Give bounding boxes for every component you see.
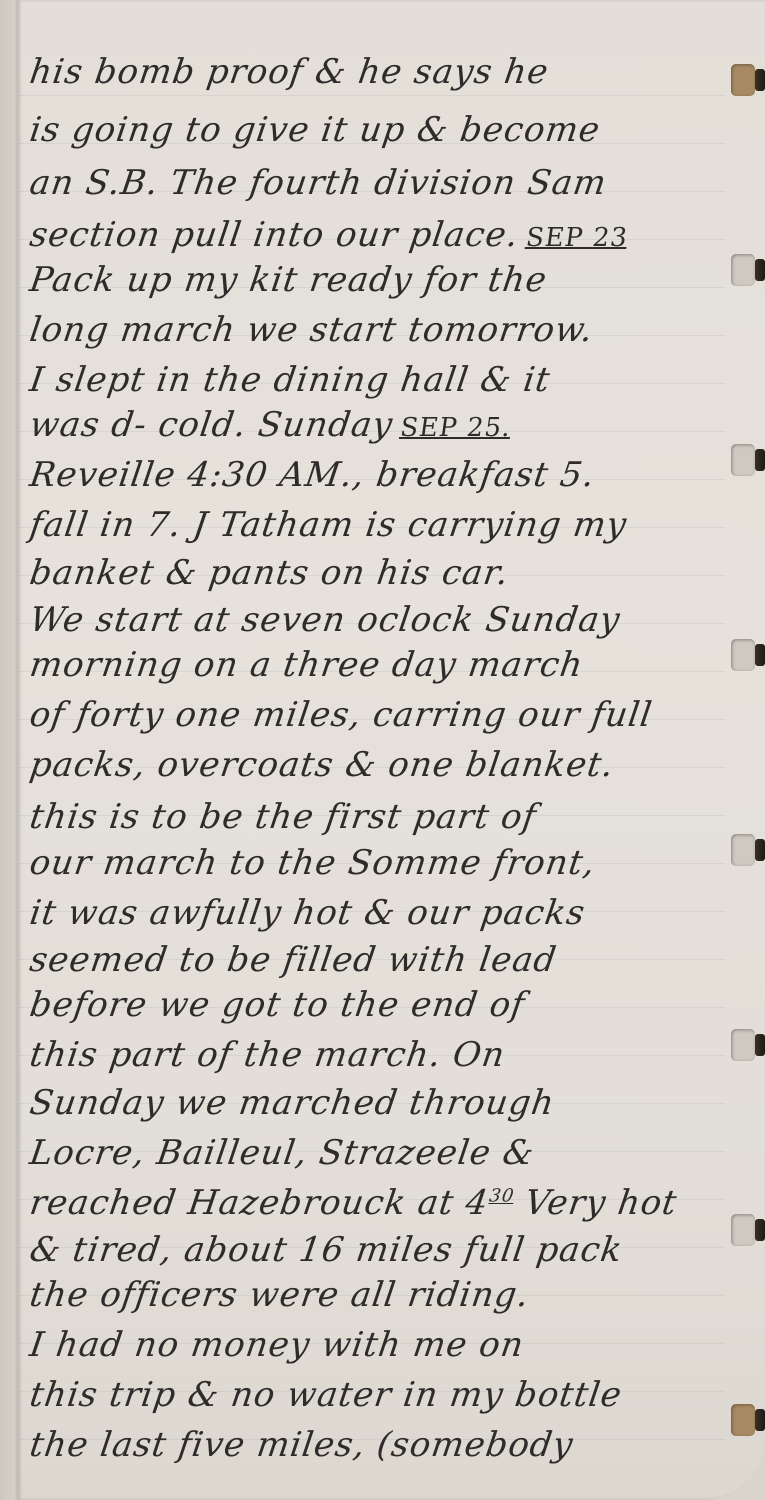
handwritten-line: the officers were all riding. bbox=[27, 1275, 532, 1315]
handwritten-line: Locre, Bailleul, Strazeele & bbox=[27, 1133, 537, 1173]
line-text: it was awfully hot & our packs bbox=[27, 893, 588, 933]
line-text: Pack up my kit ready for the bbox=[27, 260, 550, 300]
binder-ring-icon bbox=[755, 1034, 765, 1056]
binder-ring-icon bbox=[755, 69, 765, 91]
binder-ring-icon bbox=[755, 259, 765, 281]
line-text: section pull into our place. bbox=[27, 215, 521, 255]
line-text: I had no money with me on bbox=[27, 1325, 526, 1365]
line-text: this is to be the first part of bbox=[27, 797, 539, 837]
binding-hole bbox=[731, 63, 765, 97]
line-text: the last five miles, (somebody bbox=[27, 1425, 576, 1465]
punched-hole-icon bbox=[731, 834, 755, 866]
line-text: I slept in the dining hall & it bbox=[27, 360, 553, 400]
previous-page-edge bbox=[0, 0, 18, 1500]
handwritten-line: his bomb proof & he says he bbox=[27, 52, 551, 92]
handwritten-line: seemed to be filled with lead bbox=[27, 940, 559, 980]
line-text: fall in 7. J Tatham is carrying my bbox=[27, 505, 629, 545]
line-text: was d- cold. Sunday bbox=[27, 405, 395, 445]
punched-hole-icon bbox=[731, 639, 755, 671]
line-text: this part of the march. On bbox=[27, 1035, 508, 1075]
line-text: seemed to be filled with lead bbox=[27, 940, 559, 980]
binding-hole bbox=[731, 638, 765, 672]
handwritten-line: section pull into our place.SEP 23 bbox=[27, 215, 631, 255]
handwritten-line: morning on a three day march bbox=[27, 645, 586, 685]
handwritten-line: I slept in the dining hall & it bbox=[27, 360, 553, 400]
handwritten-line: of forty one miles, carring our full bbox=[27, 695, 655, 735]
entry-date: SEP 25. bbox=[398, 413, 513, 443]
binding-hole bbox=[731, 253, 765, 287]
diary-page: his bomb proof & he says heis going to g… bbox=[18, 0, 765, 1500]
line-text: Reveille 4:30 AM., breakfast 5. bbox=[27, 455, 597, 495]
ruled-line bbox=[18, 95, 725, 96]
binder-ring-icon bbox=[755, 1409, 765, 1431]
handwritten-line: I had no money with me on bbox=[27, 1325, 526, 1365]
handwritten-line: banket & pants on his car. bbox=[27, 553, 512, 593]
entry-date: SEP 23 bbox=[524, 223, 630, 253]
binding-hole bbox=[731, 1213, 765, 1247]
punched-hole-icon bbox=[731, 64, 755, 96]
binding-hole bbox=[731, 833, 765, 867]
line-text: the officers were all riding. bbox=[27, 1275, 532, 1315]
line-text: & tired, about 16 miles full pack bbox=[27, 1230, 625, 1270]
handwritten-line: our march to the Somme front, bbox=[27, 843, 598, 883]
line-text: long march we start tomorrow. bbox=[27, 310, 596, 350]
binder-ring-icon bbox=[755, 449, 765, 471]
binder-ring-icon bbox=[755, 644, 765, 666]
punched-hole-icon bbox=[731, 444, 755, 476]
handwritten-line: packs, overcoats & one blanket. bbox=[27, 745, 616, 785]
line-text: packs, overcoats & one blanket. bbox=[27, 745, 616, 785]
line-text: an S.B. The fourth division Sam bbox=[27, 163, 609, 203]
binder-ring-icon bbox=[755, 1219, 765, 1241]
handwritten-line: reached Hazebrouck at 430 Very hot bbox=[27, 1183, 680, 1223]
handwritten-line: & tired, about 16 miles full pack bbox=[27, 1230, 625, 1270]
handwritten-line: the last five miles, (somebody bbox=[27, 1425, 576, 1465]
handwritten-line: We start at seven oclock Sunday bbox=[27, 600, 623, 640]
handwritten-line: Sunday we marched through bbox=[27, 1083, 557, 1123]
line-text-continued: Very hot bbox=[511, 1183, 680, 1223]
line-text: banket & pants on his car. bbox=[27, 553, 512, 593]
handwritten-line: this is to be the first part of bbox=[27, 797, 539, 837]
line-text: is going to give it up & become bbox=[27, 110, 603, 150]
punched-hole-icon bbox=[731, 1404, 755, 1436]
line-text: morning on a three day march bbox=[27, 645, 586, 685]
line-text: of forty one miles, carring our full bbox=[27, 695, 655, 735]
line-text: his bomb proof & he says he bbox=[27, 52, 551, 92]
binder-ring-icon bbox=[755, 839, 765, 861]
binding-hole bbox=[731, 443, 765, 477]
line-text: reached Hazebrouck at 4 bbox=[27, 1183, 491, 1223]
line-text: before we got to the end of bbox=[27, 985, 528, 1025]
handwritten-line: fall in 7. J Tatham is carrying my bbox=[27, 505, 629, 545]
handwritten-line: is going to give it up & become bbox=[27, 110, 603, 150]
handwritten-line: this part of the march. On bbox=[27, 1035, 508, 1075]
handwritten-line: was d- cold. SundaySEP 25. bbox=[27, 405, 514, 445]
line-text: Locre, Bailleul, Strazeele & bbox=[27, 1133, 537, 1173]
line-text: this trip & no water in my bottle bbox=[27, 1375, 625, 1415]
handwritten-line: an S.B. The fourth division Sam bbox=[27, 163, 609, 203]
punched-hole-icon bbox=[731, 1214, 755, 1246]
punched-hole-icon bbox=[731, 254, 755, 286]
handwritten-line: this trip & no water in my bottle bbox=[27, 1375, 625, 1415]
handwritten-line: long march we start tomorrow. bbox=[27, 310, 596, 350]
time-superscript: 30 bbox=[488, 1186, 516, 1207]
line-text: Sunday we marched through bbox=[27, 1083, 557, 1123]
punched-hole-icon bbox=[731, 1029, 755, 1061]
line-text: our march to the Somme front, bbox=[27, 843, 598, 883]
handwritten-line: before we got to the end of bbox=[27, 985, 528, 1025]
line-text: We start at seven oclock Sunday bbox=[27, 600, 623, 640]
binding-hole bbox=[731, 1028, 765, 1062]
handwritten-line: it was awfully hot & our packs bbox=[27, 893, 588, 933]
binding-hole bbox=[731, 1403, 765, 1437]
handwritten-line: Pack up my kit ready for the bbox=[27, 260, 550, 300]
handwritten-line: Reveille 4:30 AM., breakfast 5. bbox=[27, 455, 597, 495]
